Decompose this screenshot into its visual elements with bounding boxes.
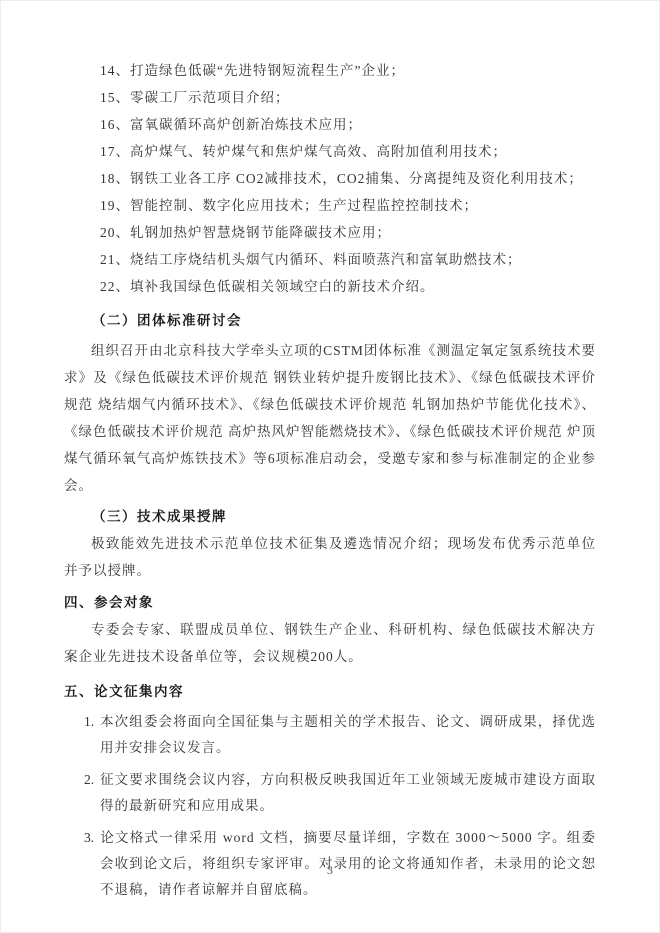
document-content: 14、打造绿色低碳“先进特钢短流程生产”企业； 15、零碳工厂示范项目介绍； 1… xyxy=(64,57,596,909)
awards-paragraph: 极致能效先进技术示范单位技术征集及遴选情况介绍；现场发布优秀示范单位并予以授牌。 xyxy=(64,530,596,584)
paper-item-text: 本次组委会将面向全国征集与主题相关的学术报告、论文、调研成果，择优选用并安排会议… xyxy=(100,714,596,755)
standards-paragraph: 组织召开由北京科技大学牵头立项的CSTM团体标准《测温定氧定氢系统技术要求》及《… xyxy=(64,337,596,499)
agenda-item: 22、填补我国绿色低碳相关领域空白的新技术介绍。 xyxy=(64,273,596,300)
paper-item-number: 2. xyxy=(84,767,100,793)
agenda-item: 19、智能控制、数字化应用技术；生产过程监控控制技术； xyxy=(64,192,596,219)
agenda-item: 15、零碳工厂示范项目介绍； xyxy=(64,84,596,111)
paper-item-text: 征文要求围绕会议内容，方向积极反映我国近年工业领域无废城市建设方面取得的最新研究… xyxy=(100,772,596,813)
agenda-item: 18、钢铁工业各工序 CO2减排技术，CO2捕集、分离提纯及资化利用技术； xyxy=(64,165,596,192)
section-heading-standards: （二）团体标准研讨会 xyxy=(92,307,596,334)
agenda-item: 20、轧钢加热炉智慧烧钢节能降碳技术应用； xyxy=(64,219,596,246)
agenda-item: 17、高炉煤气、转炉煤气和焦炉煤气高效、高附加值利用技术； xyxy=(64,138,596,165)
attendees-paragraph: 专委会专家、联盟成员单位、钢铁生产企业、科研机构、绿色低碳技术解决方案企业先进技… xyxy=(64,616,596,670)
paper-requirement-item: 2.征文要求围绕会议内容，方向积极反映我国近年工业领域无废城市建设方面取得的最新… xyxy=(64,767,596,819)
agenda-list: 14、打造绿色低碳“先进特钢短流程生产”企业； 15、零碳工厂示范项目介绍； 1… xyxy=(64,57,596,300)
paper-item-number: 3. xyxy=(84,825,100,851)
agenda-item: 21、烧结工序烧结机头烟气内循环、料面喷蒸汽和富氧助燃技术； xyxy=(64,246,596,273)
page-number: 3 xyxy=(1,863,659,878)
paper-requirement-item: 1.本次组委会将面向全国征集与主题相关的学术报告、论文、调研成果，择优选用并安排… xyxy=(64,709,596,761)
document-page: 14、打造绿色低碳“先进特钢短流程生产”企业； 15、零碳工厂示范项目介绍； 1… xyxy=(0,0,660,933)
section-heading-papers: 五、论文征集内容 xyxy=(64,678,596,705)
section-heading-awards: （三）技术成果授牌 xyxy=(92,503,596,530)
section-heading-attendees: 四、参会对象 xyxy=(64,589,596,616)
paper-item-number: 1. xyxy=(84,709,100,735)
agenda-item: 14、打造绿色低碳“先进特钢短流程生产”企业； xyxy=(64,57,596,84)
agenda-item: 16、富氧碳循环高炉创新冶炼技术应用； xyxy=(64,111,596,138)
